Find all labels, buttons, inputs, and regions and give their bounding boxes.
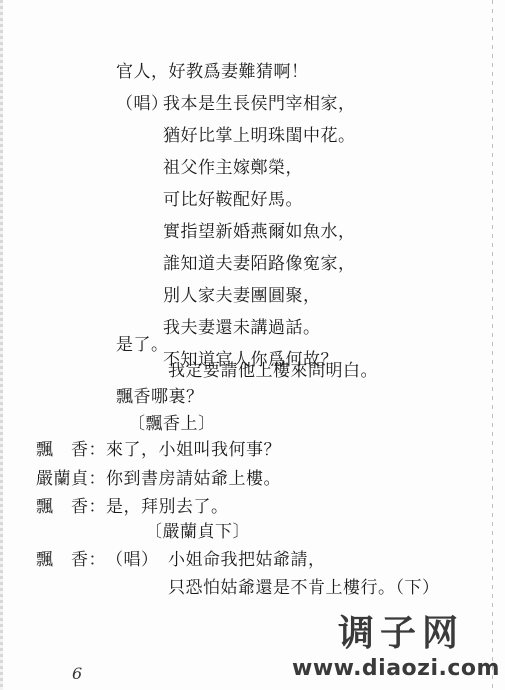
verse-line: 猶好比掌上明珠閨中花。 [163,126,356,146]
dialogue-text: 來了，小姐叫我何事？ [106,440,281,460]
scanned-page: 官人，好教爲妻難猜啊！ （唱） 我本是生長侯門宰相家， 猶好比掌上明珠閨中花。 … [0,0,505,690]
watermark-url: www.diaozi.com [292,656,500,682]
dialogue-text: 你到書房請姑爺上樓。 [106,469,281,489]
watermark-logo: 调子网 [338,614,464,654]
verse-line: 實指望新婚燕爾如魚水， [163,222,356,242]
verse-line: 可比好鞍配好馬。 [163,190,303,210]
stage-direction-enter: 〔飄香上〕 [128,414,216,434]
singing-cue: （唱） [106,550,159,570]
spoken-line: 官人，好教爲妻難猜啊！ [116,62,309,82]
page-right-edge [492,0,493,690]
verse-line: 我定要請他上樓來問明白。 [168,361,378,381]
spoken-line: 飄香哪裏？ [116,387,204,407]
speaker-name: 飄 香： [36,497,106,517]
dialogue-row: 飄 香：來了，小姐叫我何事？ [36,440,281,460]
dialogue-text: 是，拜別去了。 [106,497,229,517]
verse-line: 小姐命我把姑爺請， [168,550,326,570]
dialogue-row: 飄 香：是，拜別去了。 [36,497,229,517]
speaker-name: 飄 香： [36,440,106,460]
verse-line: 祖父作主嫁鄭榮， [163,158,303,178]
stage-direction-exit: 〔嚴蘭貞下〕 [145,522,250,542]
verse-line: 我夫妻還未講過話。 [163,318,321,338]
verse-line: 誰知道夫妻陌路像寃家， [163,254,356,274]
page-left-edge [0,0,3,690]
final-song-row: 飄 香：（唱） [36,550,159,570]
speaker-name: 飄 香： [36,550,106,570]
dialogue-row: 嚴蘭貞：你到書房請姑爺上樓。 [36,469,281,489]
speaker-name: 嚴蘭貞： [36,469,106,489]
verse-line: 我本是生長侯門宰相家， [163,94,356,114]
singing-cue: （唱） [116,94,169,114]
verse-line: 別人家夫妻團圓聚， [163,286,321,306]
verse-line: 只恐怕姑爺還是不肯上樓行。（下） [168,578,440,598]
spoken-line: 是了。 [116,335,169,355]
page-number: 6 [72,664,82,683]
